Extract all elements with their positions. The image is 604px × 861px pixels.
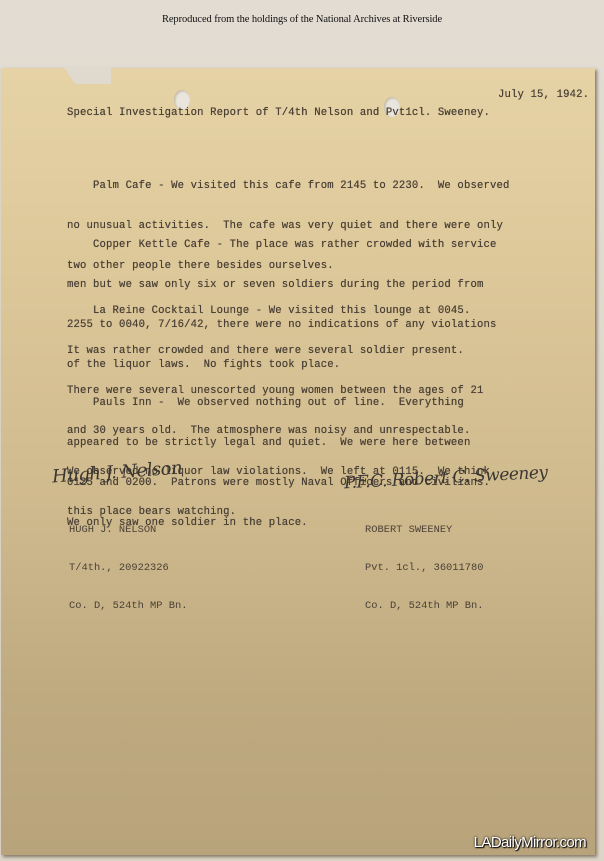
signature-block-nelson: HUGH J. NELSON T/4th., 20922326 Co. D, 5…: [69, 499, 187, 625]
paragraph-line: La Reine Cocktail Lounge - We visited th…: [67, 305, 490, 318]
paragraph-line: Pauls Inn - We observed nothing out of l…: [67, 397, 490, 410]
site-watermark: LADailyMirror.com: [474, 834, 586, 851]
signature-block-sweeney: ROBERT SWEENEY Pvt. 1cl., 36011780 Co. D…: [365, 499, 483, 625]
signatory-rank-serial: Pvt. 1cl., 36011780: [365, 562, 483, 575]
signatory-name: HUGH J. NELSON: [69, 524, 187, 537]
signatory-name: ROBERT SWEENEY: [365, 524, 483, 537]
letter-subject: Special Investigation Report of T/4th Ne…: [67, 107, 490, 120]
signatory-rank-serial: T/4th., 20922326: [69, 562, 187, 575]
signatory-unit: Co. D, 524th MP Bn.: [365, 600, 483, 613]
signatory-unit: Co. D, 524th MP Bn.: [69, 600, 187, 613]
paragraph-line: It was rather crowded and there were sev…: [67, 345, 490, 358]
archive-header: Reproduced from the holdings of the Nati…: [0, 14, 604, 25]
paragraph-line: Palm Cafe - We visited this cafe from 21…: [67, 180, 510, 193]
paragraph-line: Copper Kettle Cafe - The place was rathe…: [67, 239, 496, 252]
paragraph-line: appeared to be strictly legal and quiet.…: [67, 437, 490, 450]
letter-date: July 15, 1942.: [498, 89, 589, 102]
